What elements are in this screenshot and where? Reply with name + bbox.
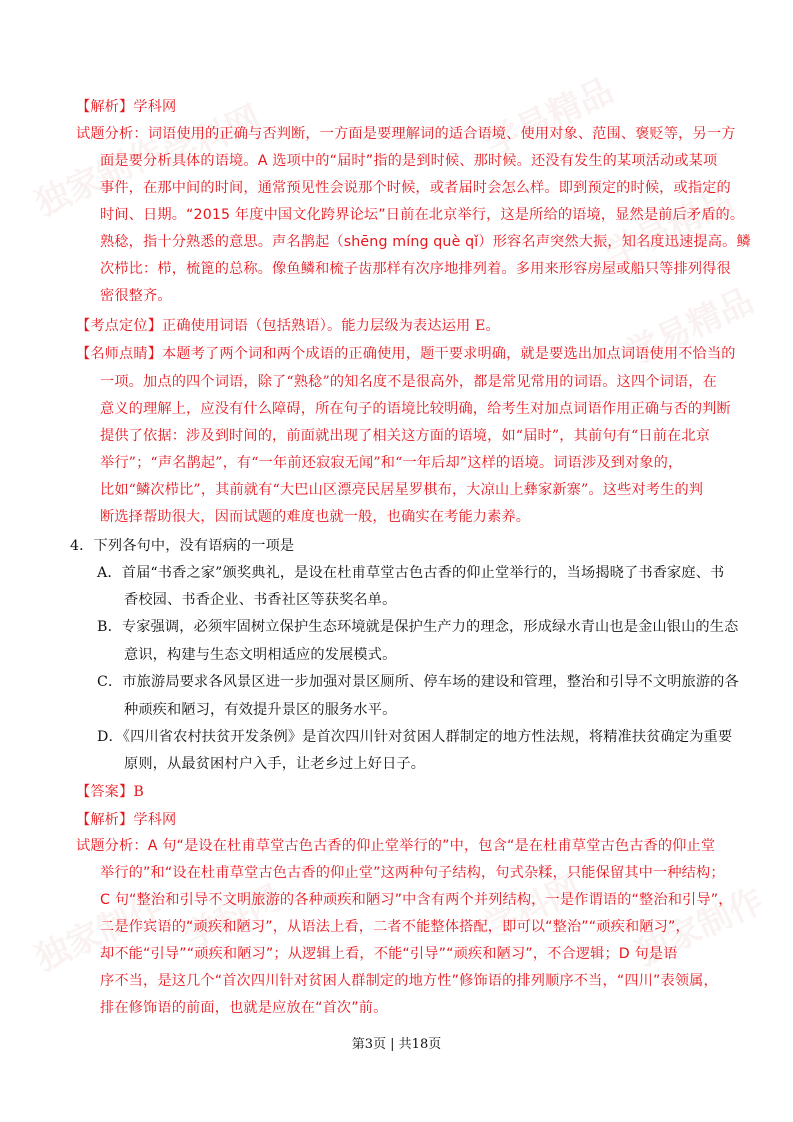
option-d-cont: 原则，从最贫困村户入手，让老乡过上好日子。	[124, 754, 425, 774]
mingshi-line: 断选择帮助很大，因而试题的难度也就一般，也确实在考能力素养。	[100, 507, 530, 527]
q4-analysis-line: 排在修饰语的前面，也就是应放在“首次”前。	[100, 998, 387, 1018]
q4-analysis-line: 二是作宾语的“顽疾和陋习”，从语法上看，二者不能整体搭配，即可以“整治”“顽疾和…	[100, 917, 690, 937]
mingshi-line: 提供了依据：涉及到时间的，前面就出现了相关这方面的语境，如“届时”，其前句有“日…	[100, 426, 710, 446]
analysis-line: 事件，在那中间的时间，通常预见性会说那个时候，或者届时会怎么样。即到预定的时候，…	[100, 178, 731, 198]
analysis-line: 试题分析：词语使用的正确与否判断，一方面是要理解词的适合语境、使用对象、范围、褒…	[76, 124, 736, 144]
question-stem: 4．下列各句中，没有语病的一项是	[70, 536, 294, 556]
q4-analysis-line: 序不当，是这几个“首次四川针对贫困人群制定的地方性”修饰语的排列顺序不当，“四川…	[100, 971, 718, 991]
option-a-cont: 香校园、书香企业、书香社区等获奖名单。	[124, 590, 396, 610]
analysis-line: 面是要分析具体的语境。A 选项中的“届时”指的是到时候、那时候。还没有发生的某项…	[100, 151, 717, 171]
mingshi-line: 意义的理解上，应没有什么障碍，所在句子的语境比较明确，给考生对加点词语作用正确与…	[100, 399, 731, 419]
analysis-header: 【解析】学科网	[76, 97, 176, 117]
option-a: A．首届“书香之家”颁奖典礼，是设在杜甫草堂古色古香的仰止堂举行的，当场揭晓了书…	[97, 563, 724, 583]
q4-analysis-line: 却不能“引导”“顽疾和陋习”；从逻辑上看，不能“引导”“顽疾和陋习”，不合逻辑；…	[100, 944, 678, 964]
mingshi-text: 本题考了两个词和两个成语的正确使用，题干要求明确，就是要选出加点词语使用不恰当的	[162, 346, 736, 362]
answer-line: 【答案】B	[76, 782, 144, 802]
q4-analysis-line: 举行的”和“设在杜甫草堂古色古香的仰止堂”这两种句子结构，句式杂糅，只能保留其中…	[100, 863, 725, 883]
analysis-line: 密很整齐。	[100, 286, 172, 306]
option-d: D．《四川省农村扶贫开发条例》是首次四川针对贫困人群制定的地方性法规，将精准扶贫…	[97, 727, 732, 747]
answer-tag: 【答案】	[76, 784, 133, 800]
analysis-line: 时间、日期。“2015 年度中国文化跨界论坛”日前在北京举行，这是所给的语境，显…	[100, 205, 744, 225]
analysis-line: 次栉比：栉，梳篦的总称。像鱼鳞和梳子齿那样有次序地排列着。多用来形容房屋或船只等…	[100, 259, 731, 279]
option-b-cont: 意识，构建与生态文明相适应的发展模式。	[124, 645, 396, 665]
mingshi-line: 比如“鳞次栉比”，其前就有“大巴山区漂亮民居星罗棋布，大凉山上彝家新寨”。这些对…	[100, 480, 703, 500]
page-footer: 第3页 | 共18页	[0, 1033, 793, 1052]
option-c-cont: 种顽疾和陋习，有效提升景区的服务水平。	[124, 700, 396, 720]
mingshi-tag: 【名师点睛】	[76, 346, 162, 362]
document-page: 学易精品 学科网 独家制作 学易精品 学易精品 学科网 独家制作 学科网 独家制…	[0, 0, 793, 1122]
q4-analysis-tag: 【解析】	[76, 812, 133, 828]
analysis-source: 学科网	[133, 99, 176, 115]
mingshi-line: 一项。加点的四个词语，除了“熟稔”的知名度不是很高外，都是常见常用的词语。这四个…	[100, 372, 717, 392]
analysis-line: 熟稔，指十分熟悉的意思。声名鹊起（shēng míng què qǐ）形容名声突…	[100, 232, 751, 252]
mingshi-line: 【名师点睛】本题考了两个词和两个成语的正确使用，题干要求明确，就是要选出加点词语…	[76, 344, 736, 364]
q4-analysis-header: 【解析】学科网	[76, 810, 176, 830]
q4-analysis-line: 试题分析：A 句“是设在杜甫草堂古色古香的仰止堂举行的”中，包含“是在杜甫草堂古…	[76, 836, 715, 856]
analysis-tag: 【解析】	[76, 99, 133, 115]
kaodian-line: 【考点定位】正确使用词语（包括熟语）。能力层级为表达运用 E。	[76, 316, 500, 336]
q4-analysis-line: C 句“整治和引导不文明旅游的各种顽疾和陋习”中含有两个并列结构，一是作谓语的“…	[100, 890, 733, 910]
kaodian-text: 正确使用词语（包括熟语）。能力层级为表达运用 E。	[162, 318, 500, 334]
kaodian-tag: 【考点定位】	[76, 318, 162, 334]
option-c: C．市旅游局要求各风景区进一步加强对景区厕所、停车场的建设和管理，整治和引导不文…	[97, 672, 739, 692]
option-b: B．专家强调，必须牢固树立保护生态环境就是保护生产力的理念，形成绿水青山也是金山…	[97, 617, 738, 637]
answer-value: B	[133, 784, 144, 800]
q4-analysis-source: 学科网	[133, 812, 176, 828]
mingshi-line: 举行”；“声名鹊起”，有“一年前还寂寂无闻”和“一年后却”这样的语境。词语涉及到…	[100, 453, 682, 473]
